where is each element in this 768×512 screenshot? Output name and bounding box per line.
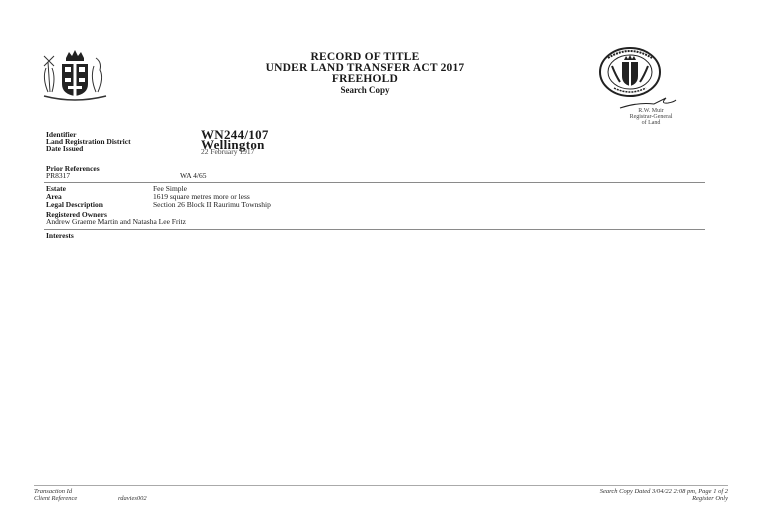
interests-label: Interests [46,232,74,240]
client-reference-label: Client Reference [34,495,77,502]
client-reference-value: rdavies002 [118,495,147,502]
registrar-general-seal-icon [598,46,662,98]
prior-reference-1: PR8317 [46,172,70,180]
prior-reference-2: WA 4/65 [180,172,206,180]
title-line-3: FREEHOLD [200,74,530,85]
legal-description-label: Legal Description [46,201,103,209]
legal-description-value: Section 26 Block II Raurimu Township [153,201,271,209]
transaction-id-label: Transaction Id [34,488,72,495]
search-copy-dated: Search Copy Dated 3/04/22 2:08 pm, Page … [600,488,728,495]
date-issued-value: 22 February 1917 [201,148,254,156]
signatory-title-2: of Land [596,120,706,126]
register-only: Register Only [692,495,728,502]
signatory-block: R.W. Muir Registrar-General of Land [596,108,706,126]
divider [44,182,705,183]
registered-owners-value: Andrew Graeme Martin and Natasha Lee Fri… [46,218,186,226]
nz-coat-of-arms-icon [38,48,112,104]
document-header: RECORD OF TITLE UNDER LAND TRANSFER ACT … [200,52,530,96]
footer-divider [34,485,728,486]
date-issued-label: Date Issued [46,145,83,153]
divider [44,229,705,230]
subtitle: Search Copy [200,85,530,96]
